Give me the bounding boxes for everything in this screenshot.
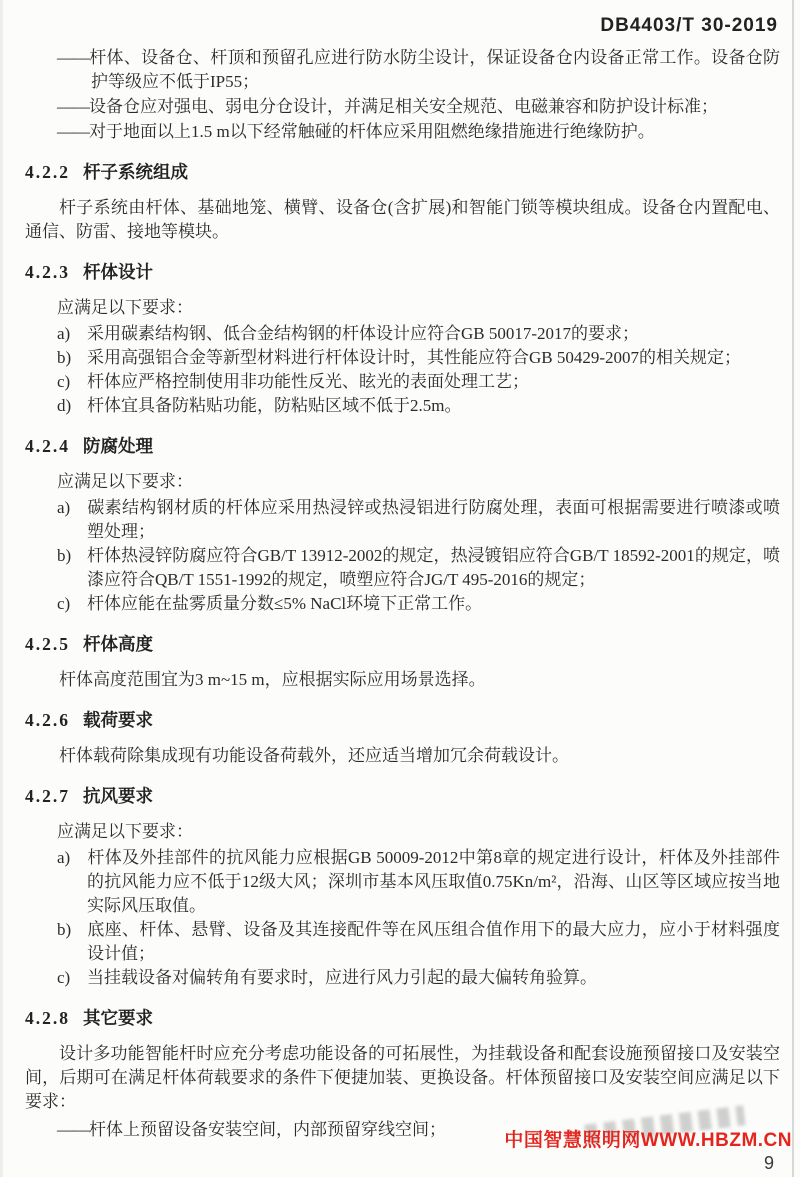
scan-edge-right — [792, 0, 794, 1177]
section-heading-4-2-6: 4.2.6载荷要求 — [25, 708, 780, 732]
list-lead-text: 应满足以下要求： — [57, 820, 780, 844]
paragraph: 设计多功能智能杆时应充分考虑功能设备的可拓展性，为挂载设备和配套设施预留接口及安… — [25, 1042, 780, 1114]
section-heading-4-2-3: 4.2.3杆体设计 — [25, 260, 780, 284]
dash-list-item: ——杆体、设备仓、杆顶和预留孔应进行防水防尘设计，保证设备仓内设备正常工作。设备… — [57, 46, 780, 94]
list-item-text: 碳素结构钢材质的杆体应采用热浸锌或热浸铝进行防腐处理，表面可根据需要进行喷漆或喷… — [87, 498, 780, 541]
list-item-text: 采用碳素结构钢、低合金结构钢的杆体设计应符合GB 50017-2017的要求； — [87, 324, 639, 343]
list-item-text: 底座、杆体、悬臂、设备及其连接配件等在风压组合值作用下的最大应力，应小于材料强度… — [87, 920, 780, 963]
dash-list-item: ——对于地面以上1.5 m以下经常触碰的杆体应采用阻燃绝缘措施进行绝缘防护。 — [57, 120, 780, 144]
section-title: 防腐处理 — [83, 436, 153, 456]
list-item: a)采用碳素结构钢、低合金结构钢的杆体设计应符合GB 50017-2017的要求… — [57, 322, 780, 346]
list-item-marker: a) — [57, 322, 87, 346]
list-item: c)杆体应严格控制使用非功能性反光、眩光的表面处理工艺； — [57, 370, 780, 394]
list-item-text: 杆体热浸锌防腐应符合GB/T 13912-2002的规定，热浸镀铝应符合GB/T… — [87, 546, 780, 589]
list-item-marker: b) — [57, 544, 87, 568]
section-number: 4.2.2 — [25, 162, 70, 182]
list-item: b)杆体热浸锌防腐应符合GB/T 13912-2002的规定，热浸镀铝应符合GB… — [57, 544, 780, 592]
paragraph: 杆体高度范围宜为3 m~15 m，应根据实际应用场景选择。 — [25, 668, 780, 692]
section-number: 4.2.6 — [25, 710, 70, 730]
list-item: a)杆体及外挂部件的抗风能力应根据GB 50009-2012中第8章的规定进行设… — [57, 846, 780, 918]
list-item: a)碳素结构钢材质的杆体应采用热浸锌或热浸铝进行防腐处理，表面可根据需要进行喷漆… — [57, 496, 780, 544]
section-heading-4-2-4: 4.2.4防腐处理 — [25, 434, 780, 458]
section-heading-4-2-5: 4.2.5杆体高度 — [25, 632, 780, 656]
list-item-text: 杆体应能在盐雾质量分数≤5% NaCl环境下正常工作。 — [87, 594, 482, 613]
dash-marker: —— — [57, 48, 89, 67]
section-title: 其它要求 — [83, 1008, 153, 1028]
list-item-text: 当挂载设备对偏转角有要求时，应进行风力引起的最大偏转角验算。 — [87, 968, 597, 987]
list-item-marker: c) — [57, 370, 87, 394]
doc-number: DB4403/T 30-2019 — [25, 14, 778, 38]
dash-list-item: ——设备仓应对强电、弱电分仓设计，并满足相关安全规范、电磁兼容和防护设计标准； — [57, 95, 780, 119]
list-item: b)底座、杆体、悬臂、设备及其连接配件等在风压组合值作用下的最大应力，应小于材料… — [57, 918, 780, 966]
section-title: 抗风要求 — [83, 786, 153, 806]
list-item: c)当挂载设备对偏转角有要求时，应进行风力引起的最大偏转角验算。 — [57, 966, 780, 990]
section-number: 4.2.4 — [25, 436, 70, 456]
section-heading-4-2-2: 4.2.2杆子系统组成 — [25, 160, 780, 184]
list-item-marker: a) — [57, 496, 87, 520]
dash-item-text: 杆体、设备仓、杆顶和预留孔应进行防水防尘设计，保证设备仓内设备正常工作。设备仓防… — [89, 48, 780, 91]
scan-edge-left — [0, 0, 3, 1177]
list-item: b)采用高强铝合金等新型材料进行杆体设计时，其性能应符合GB 50429-200… — [57, 346, 780, 370]
list-item-text: 杆体及外挂部件的抗风能力应根据GB 50009-2012中第8章的规定进行设计，… — [87, 848, 780, 915]
dash-marker: —— — [57, 122, 89, 141]
paragraph: 杆体载荷除集成现有功能设备荷载外，还应适当增加冗余荷载设计。 — [25, 744, 780, 768]
section-heading-4-2-8: 4.2.8其它要求 — [25, 1006, 780, 1030]
list-item: c)杆体应能在盐雾质量分数≤5% NaCl环境下正常工作。 — [57, 592, 780, 616]
section-title: 杆体高度 — [83, 634, 153, 654]
site-watermark: 中国智慧照明网WWW.HBZM.CN — [504, 1129, 792, 1153]
dash-item-text: 杆体上预留设备安装空间，内部预留穿线空间； — [89, 1120, 446, 1139]
section-heading-4-2-7: 4.2.7抗风要求 — [25, 784, 780, 808]
list-item-text: 杆体应严格控制使用非功能性反光、眩光的表面处理工艺； — [87, 372, 529, 391]
list-item-text: 采用高强铝合金等新型材料进行杆体设计时，其性能应符合GB 50429-2007的… — [87, 348, 741, 367]
dash-item-text: 设备仓应对强电、弱电分仓设计，并满足相关安全规范、电磁兼容和防护设计标准； — [89, 97, 718, 116]
section-title: 杆子系统组成 — [83, 162, 188, 182]
list-item-marker: b) — [57, 346, 87, 370]
list-item-marker: d) — [57, 394, 87, 418]
dash-marker: —— — [57, 1120, 89, 1139]
page-content: DB4403/T 30-2019 ——杆体、设备仓、杆顶和预留孔应进行防水防尘设… — [0, 0, 800, 1142]
section-title: 载荷要求 — [83, 710, 153, 730]
list-lead-text: 应满足以下要求： — [57, 296, 780, 320]
section-number: 4.2.7 — [25, 786, 70, 806]
list-item-marker: c) — [57, 592, 87, 616]
dash-marker: —— — [57, 97, 89, 116]
list-item: d)杆体宜具备防粘贴功能，防粘贴区域不低于2.5m。 — [57, 394, 780, 418]
list-item-marker: b) — [57, 918, 87, 942]
list-lead-text: 应满足以下要求： — [57, 470, 780, 494]
list-item-marker: a) — [57, 846, 87, 870]
dash-item-text: 对于地面以上1.5 m以下经常触碰的杆体应采用阻燃绝缘措施进行绝缘防护。 — [89, 122, 655, 141]
scanned-document-page: DB4403/T 30-2019 ——杆体、设备仓、杆顶和预留孔应进行防水防尘设… — [0, 0, 800, 1177]
paragraph: 杆子系统由杆体、基础地笼、横臂、设备仓(含扩展)和智能门锁等模块组成。设备仓内置… — [25, 196, 780, 244]
section-number: 4.2.3 — [25, 262, 70, 282]
section-title: 杆体设计 — [83, 262, 153, 282]
section-number: 4.2.8 — [25, 1008, 70, 1028]
list-item-marker: c) — [57, 966, 87, 990]
section-number: 4.2.5 — [25, 634, 70, 654]
page-number: 9 — [764, 1151, 774, 1175]
list-item-text: 杆体宜具备防粘贴功能，防粘贴区域不低于2.5m。 — [87, 396, 461, 415]
